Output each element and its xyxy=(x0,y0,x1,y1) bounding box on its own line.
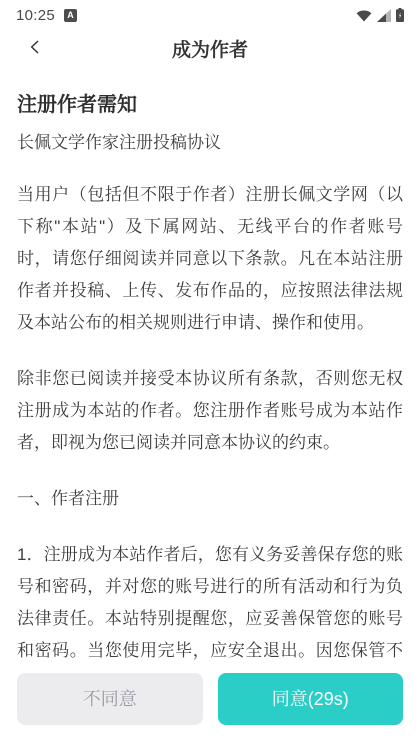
nav-bar: 成为作者 xyxy=(0,26,420,70)
notification-app-icon: A xyxy=(64,9,77,22)
page-title: 成为作者 xyxy=(172,35,248,62)
agree-countdown-button[interactable]: 同意(29s) xyxy=(218,673,404,725)
notice-heading: 注册作者需知 xyxy=(17,92,403,118)
agreement-paragraph: 除非您已阅读并接受本协议所有条款，否则您无权注册成为本站的作者。您注册作者账号成… xyxy=(17,363,403,459)
back-button[interactable] xyxy=(22,35,48,61)
disagree-button[interactable]: 不同意 xyxy=(17,673,203,725)
agreement-title: 长佩文学作家注册投稿协议 xyxy=(17,131,403,155)
status-time: 10:25 xyxy=(16,7,55,24)
agreement-section-title: 一、作者注册 xyxy=(17,483,403,515)
status-bar-right xyxy=(356,8,404,22)
wifi-icon xyxy=(356,9,372,22)
status-bar: 10:25 A xyxy=(0,0,420,26)
footer-action-bar: 不同意 同意(29s) xyxy=(0,665,420,746)
cellular-signal-icon xyxy=(377,9,391,22)
agreement-clause: 1．注册成为本站作者后，您有义务妥善保存您的账号和密码，并对您的账号进行的所有活… xyxy=(17,539,403,665)
status-bar-left: 10:25 A xyxy=(16,7,77,24)
become-author-screen: 10:25 A xyxy=(0,0,420,746)
chevron-left-icon xyxy=(26,38,44,59)
agreement-paragraph: 当用户（包括但不限于作者）注册长佩文学网（以下称"本站"）及下属网站、无线平台的… xyxy=(17,179,403,339)
battery-charging-icon xyxy=(396,8,404,22)
agreement-scroll-area[interactable]: 注册作者需知 长佩文学作家注册投稿协议 当用户（包括但不限于作者）注册长佩文学网… xyxy=(0,70,420,665)
